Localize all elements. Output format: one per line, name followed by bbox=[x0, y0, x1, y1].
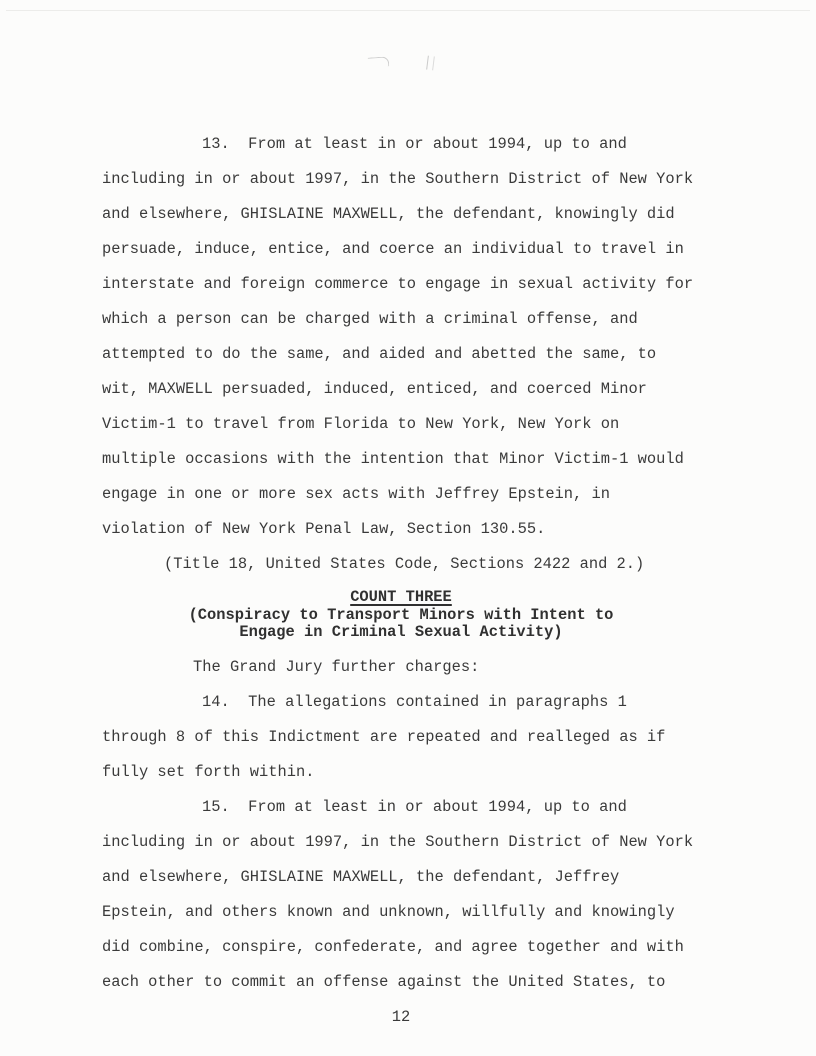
text-line: Epstein, and others known and unknown, w… bbox=[102, 895, 700, 930]
text-line: did combine, conspire, confederate, and … bbox=[102, 930, 700, 965]
text-line: 14. The allegations contained in paragra… bbox=[102, 685, 700, 720]
count-three-title: COUNT THREE bbox=[102, 589, 700, 607]
text-line: including in or about 1997, in the South… bbox=[102, 825, 700, 860]
count-three-subtitle-line-1: (Conspiracy to Transport Minors with Int… bbox=[102, 607, 700, 625]
document-content: 13. From at least in or about 1994, up t… bbox=[102, 127, 700, 1035]
text-line: violation of New York Penal Law, Section… bbox=[102, 512, 700, 547]
count-three-heading: COUNT THREE (Conspiracy to Transport Min… bbox=[102, 589, 700, 642]
text-line: 15. From at least in or about 1994, up t… bbox=[102, 790, 700, 825]
text-line: wit, MAXWELL persuaded, induced, enticed… bbox=[102, 372, 700, 407]
text-line: interstate and foreign commerce to engag… bbox=[102, 267, 700, 302]
text-line: engage in one or more sex acts with Jeff… bbox=[102, 477, 700, 512]
page-number: 12 bbox=[102, 1000, 700, 1035]
text-line: persuade, induce, entice, and coerce an … bbox=[102, 232, 700, 267]
scan-smudge-right bbox=[426, 56, 435, 71]
text-line: and elsewhere, GHISLAINE MAXWELL, the de… bbox=[102, 197, 700, 232]
text-line: each other to commit an offense against … bbox=[102, 965, 700, 1000]
count-three-subtitle-line-2: Engage in Criminal Sexual Activity) bbox=[102, 624, 700, 642]
grand-jury-charges-line: The Grand Jury further charges: bbox=[102, 650, 700, 685]
statute-citation-line: (Title 18, United States Code, Sections … bbox=[102, 547, 700, 582]
paragraph-15: 15. From at least in or about 1994, up t… bbox=[102, 790, 700, 1000]
paragraph-14: 14. The allegations contained in paragra… bbox=[102, 685, 700, 790]
scanned-document-page: 13. From at least in or about 1994, up t… bbox=[0, 0, 816, 1056]
paragraph-13: 13. From at least in or about 1994, up t… bbox=[102, 127, 700, 547]
text-line: Victim-1 to travel from Florida to New Y… bbox=[102, 407, 700, 442]
scan-smudge-left bbox=[368, 56, 390, 67]
scan-edge-artifact bbox=[6, 10, 810, 11]
text-line: fully set forth within. bbox=[102, 755, 700, 790]
text-line: which a person can be charged with a cri… bbox=[102, 302, 700, 337]
text-line: multiple occasions with the intention th… bbox=[102, 442, 700, 477]
text-line: 13. From at least in or about 1994, up t… bbox=[102, 127, 700, 162]
text-line: and elsewhere, GHISLAINE MAXWELL, the de… bbox=[102, 860, 700, 895]
text-line: including in or about 1997, in the South… bbox=[102, 162, 700, 197]
text-line: through 8 of this Indictment are repeate… bbox=[102, 720, 700, 755]
text-line: attempted to do the same, and aided and … bbox=[102, 337, 700, 372]
